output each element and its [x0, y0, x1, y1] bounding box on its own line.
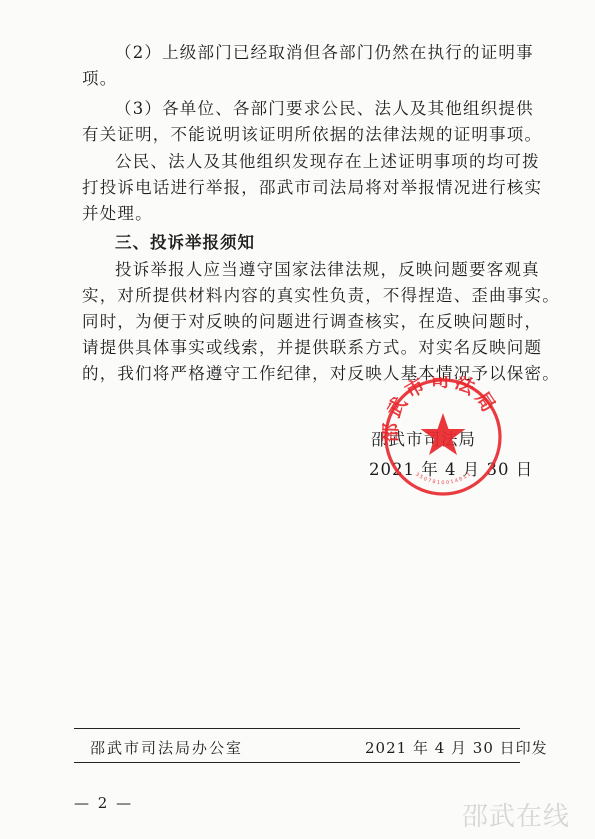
- signature-date: 2021 年 4 月 30 日: [369, 456, 533, 480]
- footer-issue-date: 2021 年 4 月 30 日印发: [365, 737, 548, 758]
- paragraph-report-line-3: 并处理。: [82, 204, 532, 224]
- notice-line-4: 请提供具体事实或线索，并提供联系方式。对实名反映问题: [82, 338, 532, 358]
- signature-organization: 邵武市司法局: [371, 426, 476, 450]
- footer-bottom-rule: [74, 762, 520, 763]
- paragraph-item-2-line-1: （2）上级部门已经取消但各部门仍然在执行的证明事: [115, 43, 565, 63]
- footer-issuer: 邵武市司法局办公室: [90, 737, 243, 758]
- notice-line-5: 的，我们将严格遵守工作纪律，对反映人基本情况予以保密。: [82, 364, 532, 384]
- section-heading: 三、投诉举报须知: [115, 233, 565, 253]
- paragraph-item-3-line-1: （3）各单位、各部门要求公民、法人及其他组织提供: [115, 99, 565, 119]
- paragraph-item-3-line-2: 有关证明，不能说明该证明所依据的法律法规的证明事项。: [82, 125, 532, 145]
- watermark: 邵武在线: [462, 796, 570, 833]
- notice-line-3: 同时，为便于对反映的问题进行调查核实，在反映问题时，: [82, 312, 532, 332]
- paragraph-report-line-1: 公民、法人及其他组织发现存在上述证明事项的均可拨: [115, 152, 565, 172]
- footer-top-rule: [74, 728, 520, 729]
- notice-line-2: 实，对所提供材料内容的真实性负责，不得捏造、歪曲事实。: [82, 286, 532, 306]
- page-number: — 2 —: [74, 794, 133, 812]
- document-page: （2）上级部门已经取消但各部门仍然在执行的证明事 项。 （3）各单位、各部门要求…: [0, 0, 595, 839]
- paragraph-item-2-line-2: 项。: [82, 69, 532, 89]
- paragraph-report-line-2: 打投诉电话进行举报，邵武市司法局将对举报情况进行核实: [82, 178, 532, 198]
- notice-line-1: 投诉举报人应当遵守国家法律法规，反映问题要客观真: [115, 260, 565, 280]
